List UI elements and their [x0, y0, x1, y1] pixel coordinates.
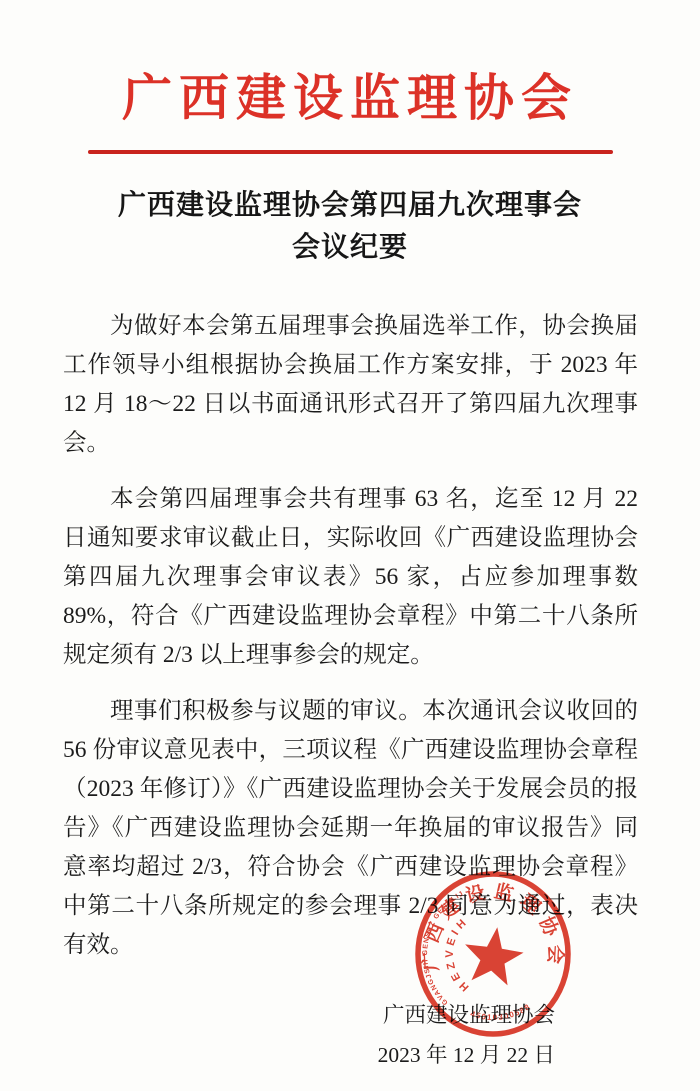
letterhead-rule [88, 150, 613, 154]
svg-text:45010300588: 45010300588 [469, 1002, 532, 1022]
body-paragraph: 为做好本会第五届理事会换届选举工作，协会换届工作领导小组根据协会换届工作方案安排… [63, 307, 638, 463]
official-seal: 广西建设监理协会 GVANGJSIH GENSEZ GENHLIJ HEZVEI… [404, 861, 582, 1047]
document-title-line2: 会议纪要 [0, 227, 700, 269]
document-title-line1: 广西建设监理协会第四届九次理事会 [0, 185, 700, 227]
document-page: 广西建设监理协会 广西建设监理协会第四届九次理事会 会议纪要 为做好本会第五届理… [0, 0, 700, 1091]
letterhead-title: 广西建设监理协会 [0, 0, 700, 126]
seal-code: 45010300588 [469, 1002, 532, 1022]
signature-block: 广西建设监理协会 2023 年 12 月 22 日 [0, 995, 700, 1075]
body-paragraph: 本会第四届理事会共有理事 63 名，迄至 12 月 22 日通知要求审议截止日，… [63, 480, 638, 675]
document-title: 广西建设监理协会第四届九次理事会 会议纪要 [0, 185, 700, 269]
seal-star-icon [465, 927, 523, 985]
